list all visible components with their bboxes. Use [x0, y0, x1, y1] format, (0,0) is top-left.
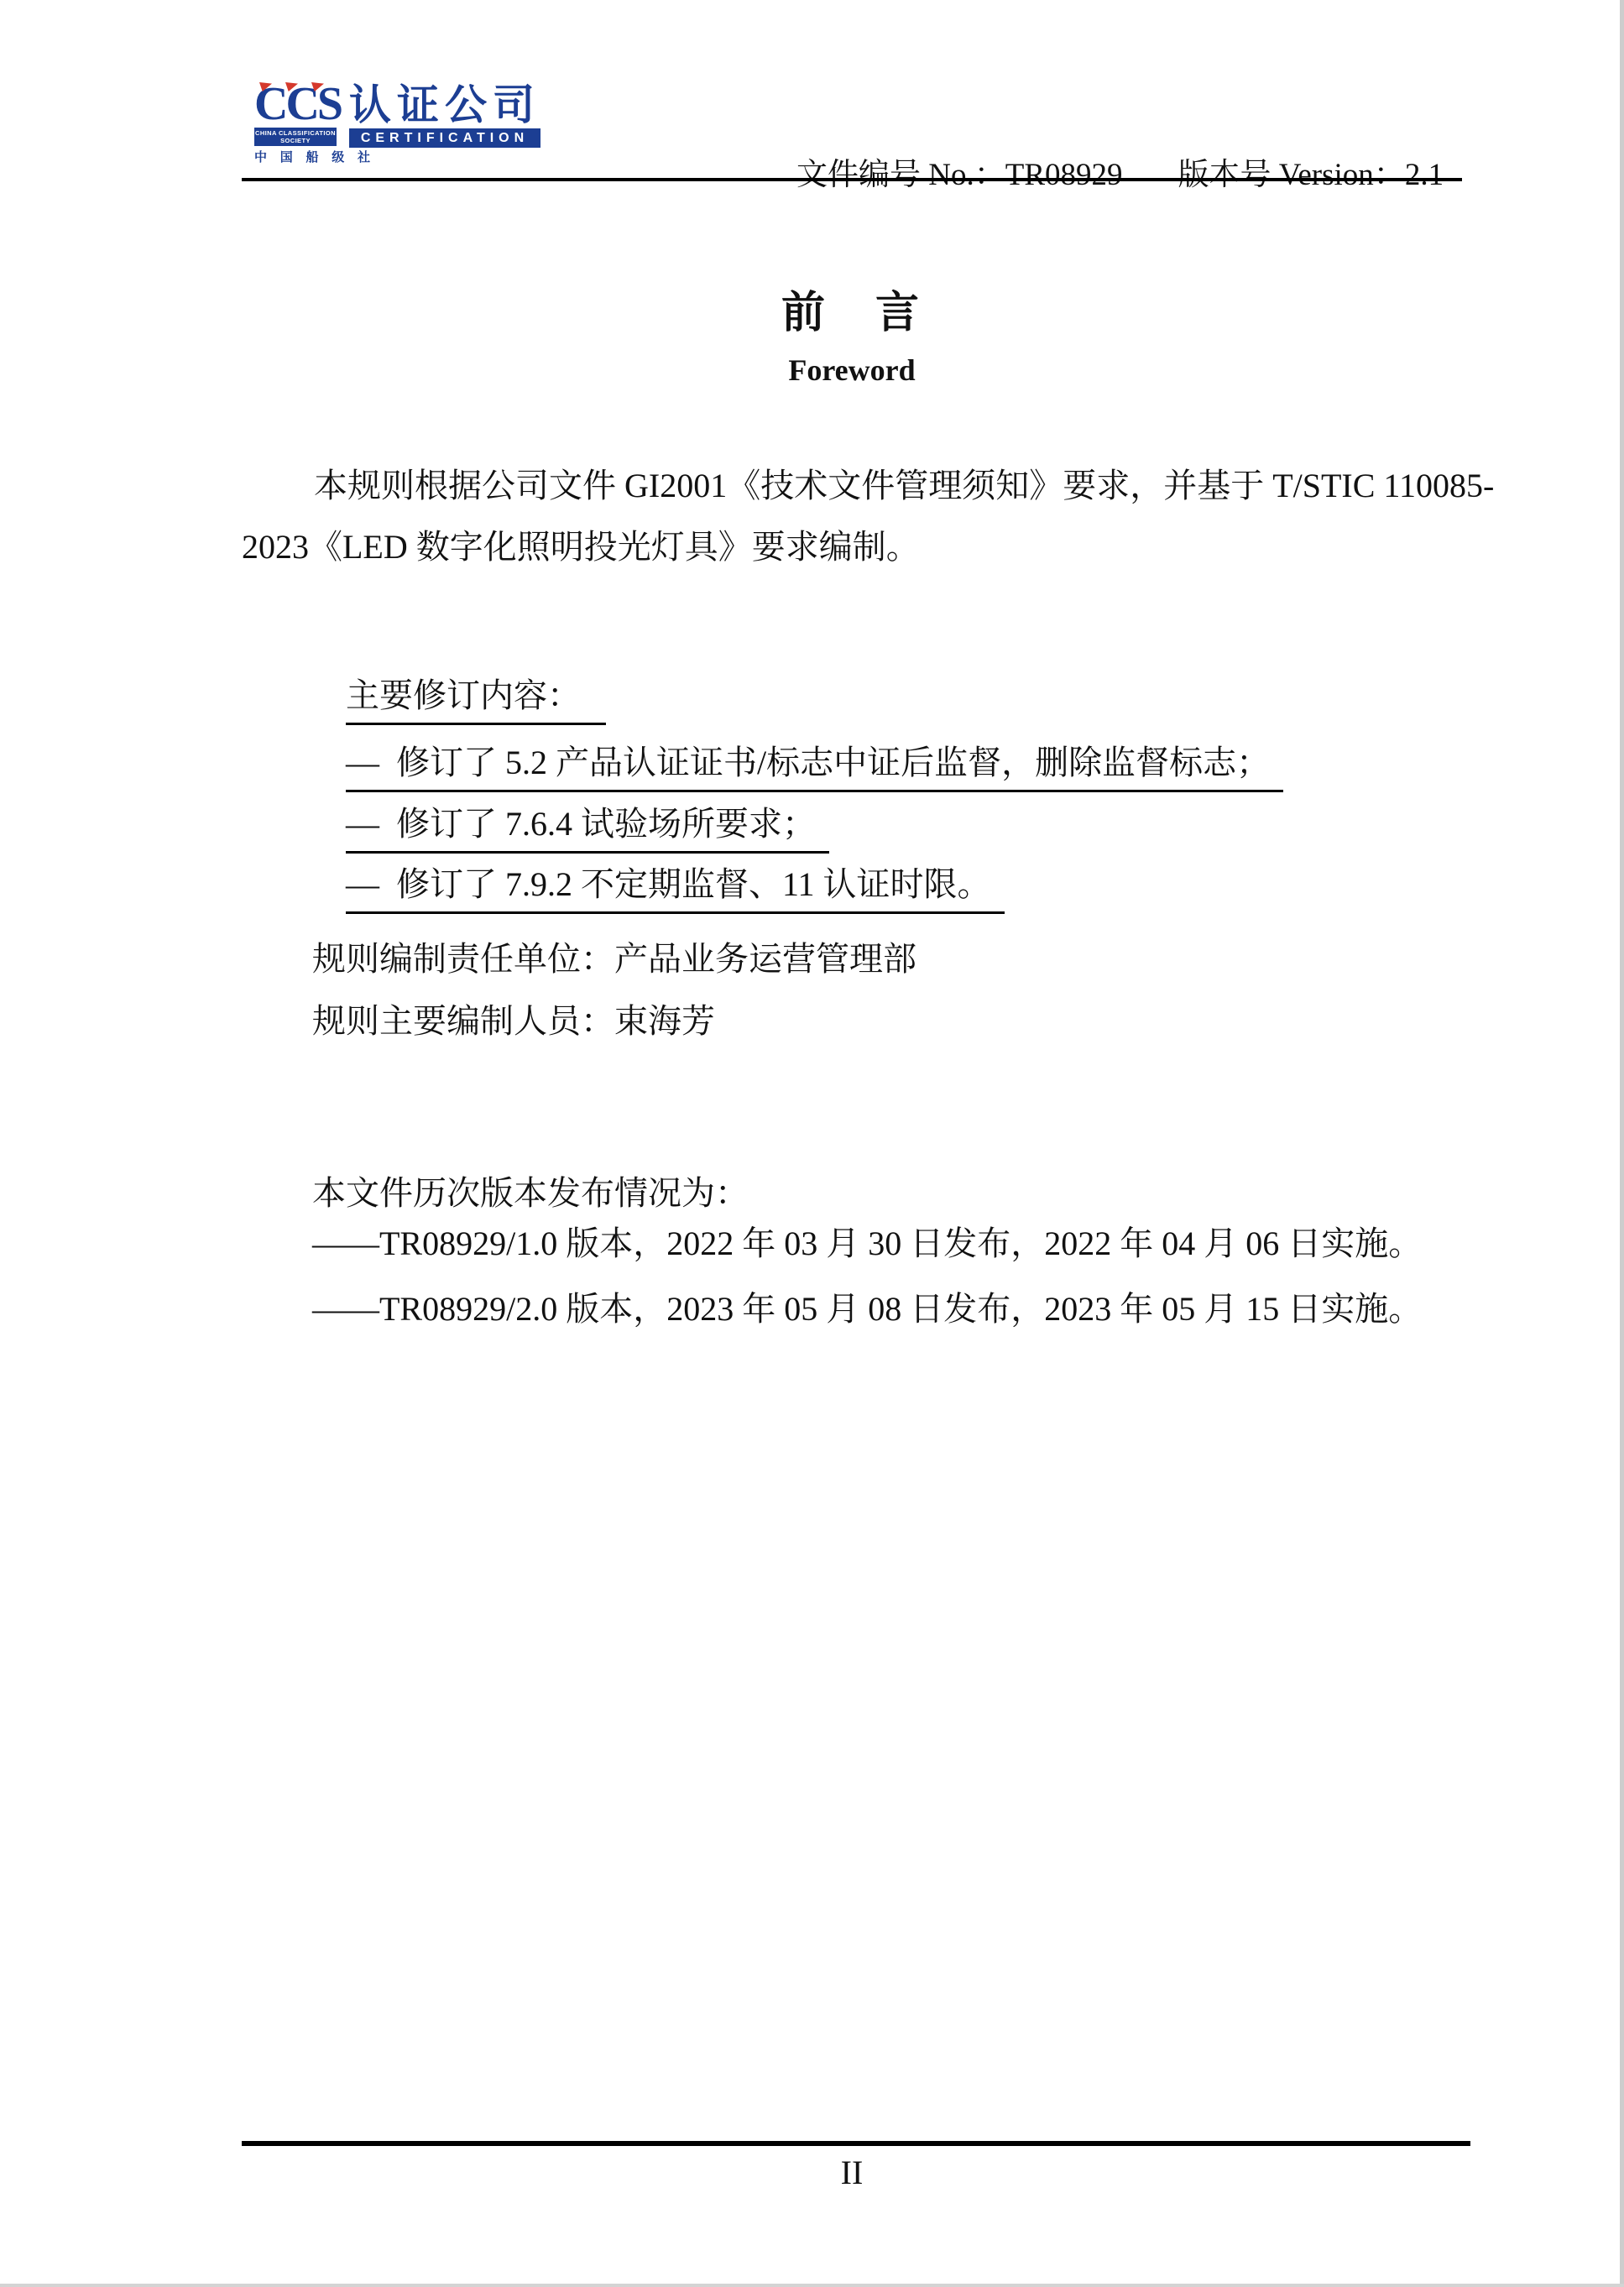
- revision-item: — 修订了 7.9.2 不定期监督、11 认证时限。: [312, 827, 1005, 953]
- doc-no-label: 文件编号 No.：: [796, 158, 1005, 192]
- history-heading: 本文件历次版本发布情况为：: [312, 1174, 749, 1213]
- footer-rule: [242, 2141, 1470, 2146]
- history-item: ——TR08929/2.0 版本，2023 年 05 月 08 日发布，2023…: [312, 1290, 1422, 1329]
- certification-label-en: CERTIFICATION: [349, 128, 540, 148]
- header-meta: 文件编号 No.：TR08929版本号 Version：2.1: [765, 112, 1444, 230]
- history-item: ——TR08929/1.0 版本，2022 年 03 月 30 日发布，2022…: [312, 1224, 1422, 1263]
- version-value: 2.1: [1405, 158, 1444, 192]
- page-title-cn: 前 言: [242, 277, 1462, 340]
- ccs-letters-wrap: CCS: [254, 84, 337, 126]
- version-label: 版本号 Version：: [1178, 158, 1405, 192]
- ccs-logo-left-block: CCS CHINA CLASSIFICATION SOCIETY 中 国 船 级…: [254, 84, 337, 165]
- ccs-logo-right-block: 认证公司 CERTIFICATION: [349, 84, 540, 165]
- scan-edge-bottom: [0, 2284, 1624, 2287]
- credit-author: 规则主要编制人员：束海芳: [312, 1002, 715, 1041]
- intro-line-1: 本规则根据公司文件 GI2001《技术文件管理须知》要求，并基于 T/STIC …: [242, 467, 1494, 505]
- document-page: CCS CHINA CLASSIFICATION SOCIETY 中 国 船 级…: [0, 0, 1624, 2287]
- credit-unit: 规则编制责任单位：产品业务运营管理部: [312, 940, 916, 979]
- society-name-en: CHINA CLASSIFICATION SOCIETY: [254, 128, 337, 146]
- certification-company-cn: 认证公司: [349, 84, 540, 126]
- society-name-cn: 中 国 船 级 社: [254, 148, 337, 165]
- revision-item-text: — 修订了 7.9.2 不定期监督、11 认证时限。: [346, 865, 1005, 914]
- header-rule: [242, 178, 1462, 181]
- page-number: II: [242, 2153, 1462, 2192]
- ccs-letters: CCS: [254, 84, 337, 124]
- doc-no-value: TR08929: [1005, 158, 1123, 192]
- ccs-logo: CCS CHINA CLASSIFICATION SOCIETY 中 国 船 级…: [254, 84, 540, 165]
- scan-edge-right: [1620, 0, 1624, 2287]
- intro-line-2: 2023《LED 数字化照明投光灯具》要求编制。: [242, 528, 920, 567]
- page-title-en: Foreword: [242, 352, 1462, 388]
